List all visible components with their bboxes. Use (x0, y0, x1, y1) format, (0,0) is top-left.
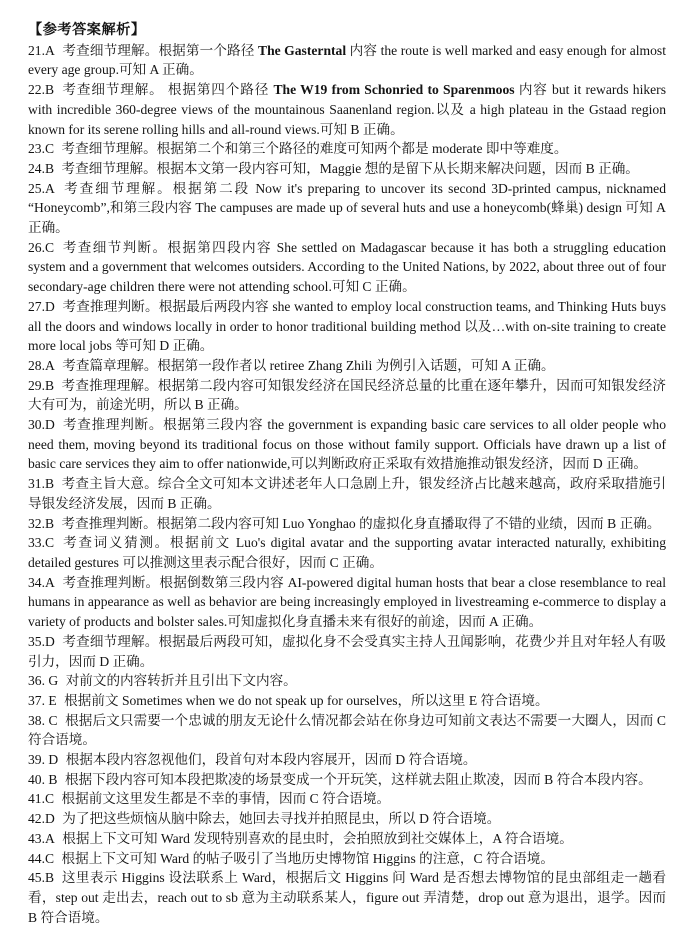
answer-text: 考查细节理解。根据第一个路径 (62, 43, 258, 58)
answer-item: 28.A考查篇章理解。根据第一段作者以 retiree Zhang Zhili … (28, 356, 666, 376)
answer-number: 43.A (28, 831, 62, 846)
answer-text: 考查词义猜测。根据前文 Luo's digital avatar and the… (28, 535, 666, 570)
answer-item: 42.D为了把这些烦恼从脑中除去，她回去寻找并拍照昆虫，所以 D 符合语境。 (28, 809, 666, 829)
answer-number: 27.D (28, 299, 62, 314)
answer-number: 34.A (28, 575, 62, 590)
answer-number: 38. C (28, 713, 65, 728)
answer-text: 考查细节理解。根据最后两段可知，虚拟化身不会受真实主持人丑闻影响，花费少并且对年… (28, 634, 666, 669)
answer-item: 36. G对前文的内容转折并且引出下文内容。 (28, 671, 666, 691)
answer-text: 考查细节判断。根据第四段内容 She settled on Madagascar… (28, 240, 666, 294)
answer-number: 21.A (28, 43, 62, 58)
answer-item: 40. B根据下段内容可知本段把欺凌的场景变成一个开玩笑，这样就去阻止欺凌，因而… (28, 770, 666, 790)
answer-item: 21.A考查细节理解。根据第一个路径 The Gasterntal 内容 the… (28, 41, 666, 80)
highlighted-text: The W19 from Schonried to Sparenmoos (273, 82, 514, 97)
answer-item: 29.B考查推理理解。根据第二段内容可知银发经济在国民经济总量的比重在逐年攀升，… (28, 376, 666, 415)
answer-text: 根据上下文可知 Ward 的帖子吸引了当地历史博物馆 Higgins 的注意，C… (62, 851, 554, 866)
answer-item: 44.C根据上下文可知 Ward 的帖子吸引了当地历史博物馆 Higgins 的… (28, 849, 666, 869)
answer-text: 考查篇章理解。根据第一段作者以 retiree Zhang Zhili 为例引入… (62, 358, 554, 373)
highlighted-text: The Gasterntal (258, 43, 346, 58)
page-title: 【参考答案解析】 (28, 21, 666, 41)
answer-item: 33.C考查词义猜测。根据前文 Luo's digital avatar and… (28, 533, 666, 572)
answer-item: 41.C根据前文这里发生都是不幸的事情，因而 C 符合语境。 (28, 789, 666, 809)
answer-item: 32.B考查推理判断。根据第二段内容可知 Luo Yonghao 的虚拟化身直播… (28, 514, 666, 534)
answer-number: 30.D (28, 417, 62, 432)
answer-text: 根据前文这里发生都是不幸的事情，因而 C 符合语境。 (62, 791, 391, 806)
answer-number: 23.C (28, 141, 62, 156)
document-page: 【参考答案解析】 21.A考查细节理解。根据第一个路径 The Gasternt… (0, 0, 693, 930)
answer-number: 31.B (28, 476, 62, 491)
answer-number: 39. D (28, 752, 66, 767)
answer-item: 38. C根据后文只需要一个忠诚的朋友无论什么情况都会站在你身边可知前文表达不需… (28, 711, 666, 750)
answer-item: 35.D考查细节理解。根据最后两段可知，虚拟化身不会受真实主持人丑闻影响，花费少… (28, 632, 666, 671)
answer-item: 34.A考查推理判断。根据倒数第三段内容 AI-powered digital … (28, 573, 666, 632)
answer-item: 24.B考查细节理解。根据本文第一段内容可知，Maggie 想的是留下从长期来解… (28, 159, 666, 179)
answer-text: 考查细节理解。根据第二段 Now it's preparing to uncov… (28, 181, 666, 235)
answer-number: 44.C (28, 851, 62, 866)
answer-number: 42.D (28, 811, 62, 826)
answer-number: 33.C (28, 535, 62, 550)
answer-text: 对前文的内容转折并且引出下文内容。 (66, 673, 297, 688)
answer-text: 考查主旨大意。综合全文可知本文讲述老年人口急剧上升，银发经济占比越来越高，政府采… (28, 476, 666, 511)
answer-number: 22.B (28, 82, 62, 97)
answer-text: 考查推理判断。根据最后两段内容 she wanted to employ loc… (28, 299, 666, 353)
answer-number: 28.A (28, 358, 62, 373)
answer-item: 23.C考查细节理解。根据第二个和第三个路径的难度可知两个都是 moderate… (28, 139, 666, 159)
answer-text: 考查细节理解。 根据第四个路径 (62, 82, 274, 97)
answer-number: 26.C (28, 240, 62, 255)
answer-text: 考查推理理解。根据第二段内容可知银发经济在国民经济总量的比重在逐年攀升，因而可知… (28, 378, 666, 413)
answer-number: 36. G (28, 673, 66, 688)
answer-item: 26.C考查细节判断。根据第四段内容 She settled on Madaga… (28, 238, 666, 297)
answer-item: 30.D考查推理判断。根据第三段内容 the government is exp… (28, 415, 666, 474)
answer-item: 22.B考查细节理解。 根据第四个路径 The W19 from Schonri… (28, 80, 666, 139)
answer-text: 根据后文只需要一个忠诚的朋友无论什么情况都会站在你身边可知前文表达不需要一大圈人… (28, 713, 666, 748)
answer-number: 45.B (28, 870, 62, 885)
answer-text: 根据上下文可知 Ward 发现特别喜欢的昆虫时，会拍照放到社交媒体上，A 符合语… (62, 831, 573, 846)
answer-number: 41.C (28, 791, 62, 806)
answer-text: 考查细节理解。根据本文第一段内容可知，Maggie 想的是留下从长期来解决问题，… (62, 161, 639, 176)
answer-number: 35.D (28, 634, 62, 649)
answer-list: 21.A考查细节理解。根据第一个路径 The Gasterntal 内容 the… (28, 41, 666, 928)
answer-number: 25.A (28, 181, 62, 196)
answer-text: 这里表示 Higgins 设法联系上 Ward，根据后文 Higgins 问 W… (28, 870, 666, 924)
answer-item: 31.B考查主旨大意。综合全文可知本文讲述老年人口急剧上升，银发经济占比越来越高… (28, 474, 666, 513)
answer-number: 24.B (28, 161, 62, 176)
answer-text: 为了把这些烦恼从脑中除去，她回去寻找并拍照昆虫，所以 D 符合语境。 (62, 811, 500, 826)
answer-item: 43.A根据上下文可知 Ward 发现特别喜欢的昆虫时，会拍照放到社交媒体上，A… (28, 829, 666, 849)
answer-number: 40. B (28, 772, 65, 787)
answer-text: 根据本段内容忽视他们，段首句对本段内容展开，因而 D 符合语境。 (66, 752, 477, 767)
answer-item: 39. D根据本段内容忽视他们，段首句对本段内容展开，因而 D 符合语境。 (28, 750, 666, 770)
answer-item: 27.D考查推理判断。根据最后两段内容 she wanted to employ… (28, 297, 666, 356)
answer-number: 32.B (28, 516, 62, 531)
answer-number: 29.B (28, 378, 62, 393)
answer-text: 根据前文 Sometimes when we do not speak up f… (64, 693, 548, 708)
answer-text: 考查细节理解。根据第二个和第三个路径的难度可知两个都是 moderate 即中等… (62, 141, 568, 156)
answer-item: 37. E根据前文 Sometimes when we do not speak… (28, 691, 666, 711)
answer-text: 考查推理判断。根据第三段内容 the government is expandi… (28, 417, 666, 471)
answer-number: 37. E (28, 693, 64, 708)
answer-item: 45.B这里表示 Higgins 设法联系上 Ward，根据后文 Higgins… (28, 868, 666, 927)
answer-text: 根据下段内容可知本段把欺凌的场景变成一个开玩笑，这样就去阻止欺凌，因而 B 符合… (65, 772, 652, 787)
answer-item: 25.A考查细节理解。根据第二段 Now it's preparing to u… (28, 179, 666, 238)
answer-text: 考查推理判断。根据倒数第三段内容 AI-powered digital huma… (28, 575, 666, 629)
answer-text: 考查推理判断。根据第二段内容可知 Luo Yonghao 的虚拟化身直播取得了不… (62, 516, 661, 531)
